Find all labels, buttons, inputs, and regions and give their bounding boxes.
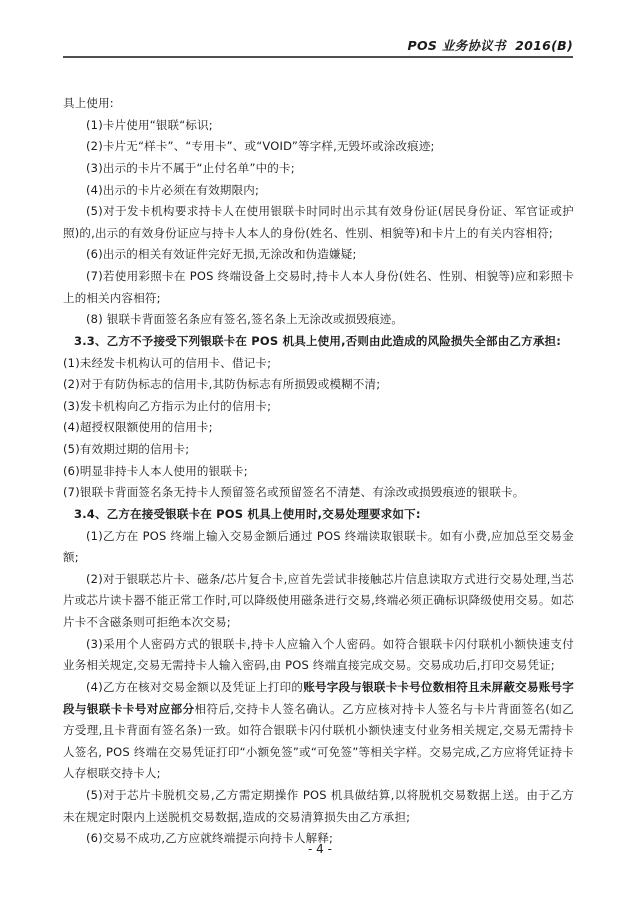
paragraph: (7)若使用彩照卡在 POS 终端设备上交易时,持卡人本人身份(姓名、性别、相貌… — [63, 266, 574, 309]
paragraph: (3)出示的卡片不属于“止付名单”中的卡; — [63, 158, 574, 180]
paragraph: (5)有效期过期的信用卡; — [63, 439, 574, 461]
paragraph-run: (6)明显非持卡人本人使用的银联卡; — [63, 464, 248, 478]
paragraph: (6)明显非持卡人本人使用的银联卡; — [63, 461, 574, 483]
paragraph: 3.3、乙方不予接受下列银联卡在 POS 机具上使用,否则由此造成的风险损失全部… — [63, 331, 574, 353]
paragraph: (2)对于银联芯片卡、磁条/芯片复合卡,应首先尝试非接触芯片信息读取方式进行交易… — [63, 569, 574, 634]
paragraph: (1)乙方在 POS 终端上输入交易金额后通过 POS 终端读取银联卡。如有小费… — [63, 526, 574, 569]
paragraph-run: (4)出示的卡片必须在有效期限内; — [86, 183, 259, 197]
paragraph: (5)对于发卡机构要求持卡人在使用银联卡时同时出示其有效身份证(居民身份证、军官… — [63, 201, 574, 244]
paragraph-run: (3)采用个人密码方式的银联卡,持卡人应输入个人密码。如符合银联卡闪付联机小额快… — [63, 637, 574, 673]
paragraph-run: (5)对于芯片卡脱机交易,乙方需定期操作 POS 机具做结算,以将脱机交易数据上… — [63, 788, 574, 824]
paragraph: (7)银联卡背面签名条无持卡人预留签名或预留签名不清楚、有涂改或损毁痕迹的银联卡… — [63, 482, 574, 504]
paragraph-run: (6)出示的相关有效证件完好无损,无涂改和伪造嫌疑; — [86, 247, 357, 261]
paragraph-run: (2)卡片无“样卡”、“专用卡”、或“VOID”等字样,无毁坏或涂改痕迹; — [86, 139, 435, 153]
paragraph-run: 3.3、乙方不予接受下列银联卡在 POS 机具上使用,否则由此造成的风险损失全部… — [74, 334, 561, 348]
paragraph-run: (4)乙方在核对交易金额以及凭证上打印的 — [86, 680, 303, 694]
document-page: POS 业务协议书 2016(B) 具上使用:(1)卡片使用“银联“标识;(2)… — [0, 0, 640, 905]
paragraph-run: 3.4、乙方在接受银联卡在 POS 机具上使用时,交易处理要求如下: — [74, 507, 421, 521]
paragraph: (6)出示的相关有效证件完好无损,无涂改和伪造嫌疑; — [63, 244, 574, 266]
paragraph: (5)对于芯片卡脱机交易,乙方需定期操作 POS 机具做结算,以将脱机交易数据上… — [63, 785, 574, 828]
paragraph-run: (2)对于有防伪标志的信用卡,其防伪标志有所损毁或模糊不清; — [63, 377, 380, 391]
paragraph: (1)卡片使用“银联“标识; — [63, 115, 574, 137]
paragraph: (4)超授权限额使用的信用卡; — [63, 417, 574, 439]
paragraph: (3)采用个人密码方式的银联卡,持卡人应输入个人密码。如符合银联卡闪付联机小额快… — [63, 634, 574, 677]
document-body: 具上使用:(1)卡片使用“银联“标识;(2)卡片无“样卡”、“专用卡”、或“VO… — [63, 93, 574, 850]
header-rule — [63, 56, 573, 58]
paragraph-run: 具上使用: — [63, 96, 114, 110]
paragraph: (1)未经发卡机构认可的信用卡、借记卡; — [63, 353, 574, 375]
paragraph-run: (3)出示的卡片不属于“止付名单”中的卡; — [86, 161, 295, 175]
paragraph: (3)发卡机构向乙方指示为止付的信用卡; — [63, 396, 574, 418]
paragraph: (4)乙方在核对交易金额以及凭证上打印的账号字段与银联卡卡号位数相符且未屏蔽交易… — [63, 677, 574, 785]
paragraph-run: (5)有效期过期的信用卡; — [63, 442, 189, 456]
paragraph: 具上使用: — [63, 93, 574, 115]
paragraph: 3.4、乙方在接受银联卡在 POS 机具上使用时,交易处理要求如下: — [63, 504, 574, 526]
paragraph: (2)对于有防伪标志的信用卡,其防伪标志有所损毁或模糊不清; — [63, 374, 574, 396]
page-header-title: POS 业务协议书 2016(B) — [63, 36, 573, 54]
paragraph-run: (7)银联卡背面签名条无持卡人预留签名或预留签名不清楚、有涂改或损毁痕迹的银联卡… — [63, 485, 525, 499]
page-number: - 4 - — [0, 842, 640, 856]
paragraph-run: (8) 银联卡背面签名条应有签名,签名条上无涂改或损毁痕迹。 — [86, 312, 403, 326]
paragraph: (2)卡片无“样卡”、“专用卡”、或“VOID”等字样,无毁坏或涂改痕迹; — [63, 136, 574, 158]
paragraph-run: (1)卡片使用“银联“标识; — [86, 118, 213, 132]
paragraph-run: (1)未经发卡机构认可的信用卡、借记卡; — [63, 356, 271, 370]
paragraph-run: (5)对于发卡机构要求持卡人在使用银联卡时同时出示其有效身份证(居民身份证、军官… — [63, 204, 574, 240]
paragraph-run: (1)乙方在 POS 终端上输入交易金额后通过 POS 终端读取银联卡。如有小费… — [63, 529, 574, 565]
paragraph-run: (4)超授权限额使用的信用卡; — [63, 420, 213, 434]
paragraph-run: (7)若使用彩照卡在 POS 终端设备上交易时,持卡人本人身份(姓名、性别、相貌… — [63, 269, 574, 305]
paragraph: (8) 银联卡背面签名条应有签名,签名条上无涂改或损毁痕迹。 — [63, 309, 574, 331]
paragraph-run: (3)发卡机构向乙方指示为止付的信用卡; — [63, 399, 271, 413]
paragraph-run: (2)对于银联芯片卡、磁条/芯片复合卡,应首先尝试非接触芯片信息读取方式进行交易… — [63, 572, 574, 629]
paragraph: (4)出示的卡片必须在有效期限内; — [63, 180, 574, 202]
